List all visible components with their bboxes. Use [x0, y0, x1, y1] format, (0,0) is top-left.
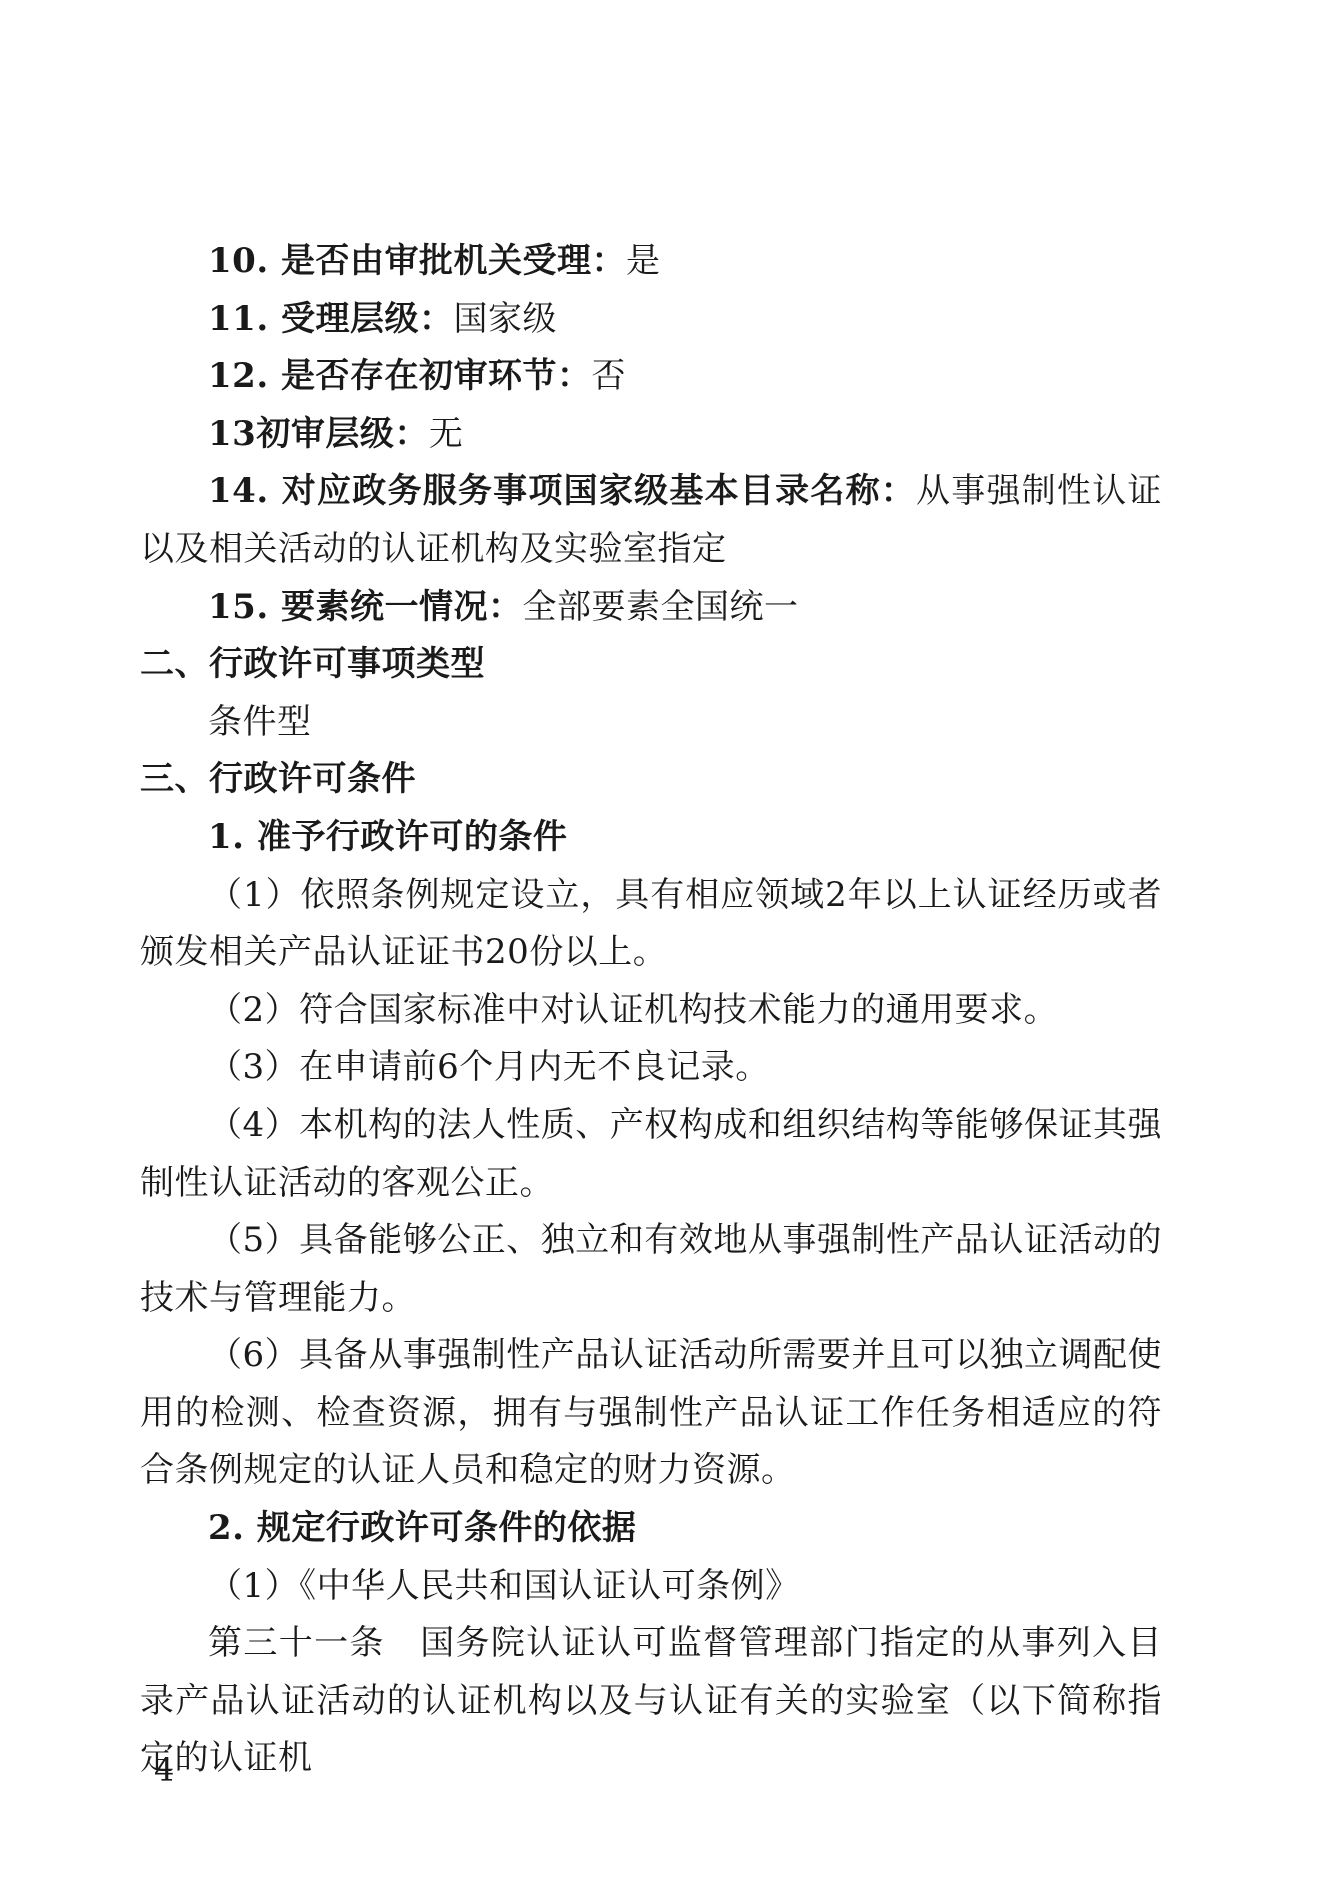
field-item: 14. 对应政务服务事项国家级基本目录名称：从事强制性认证以及相关活动的认证机构…: [140, 463, 1162, 578]
subsection-heading: 2. 规定行政许可条件的依据: [140, 1500, 1162, 1558]
subsection-heading-text: 2. 规定行政许可条件的依据: [208, 1508, 636, 1548]
section-heading: 二、行政许可事项类型: [140, 636, 1162, 694]
body-paragraph: （5）具备能够公正、独立和有效地从事强制性产品认证活动的技术与管理能力。: [140, 1212, 1162, 1327]
field-label: 12. 是否存在初审环节：: [208, 356, 592, 396]
section-heading-text: 三、行政许可条件: [140, 759, 416, 799]
field-label: 13初审层级：: [208, 414, 429, 454]
field-item: 10. 是否由审批机关受理：是: [140, 233, 1162, 291]
document-body: 10. 是否由审批机关受理：是 11. 受理层级：国家级 12. 是否存在初审环…: [140, 233, 1162, 1788]
body-text: （5）具备能够公正、独立和有效地从事强制性产品认证活动的技术与管理能力。: [140, 1220, 1162, 1318]
body-text: 第三十一条 国务院认证认可监督管理部门指定的从事列入目录产品认证活动的认证机构以…: [140, 1623, 1162, 1778]
body-paragraph: （2）符合国家标准中对认证机构技术能力的通用要求。: [140, 982, 1162, 1040]
field-item: 11. 受理层级：国家级: [140, 291, 1162, 349]
body-text: 条件型: [208, 702, 312, 742]
body-paragraph: （3）在申请前6个月内无不良记录。: [140, 1039, 1162, 1097]
document-page: 10. 是否由审批机关受理：是 11. 受理层级：国家级 12. 是否存在初审环…: [0, 0, 1339, 1890]
body-paragraph: （6）具备从事强制性产品认证活动所需要并且可以独立调配使用的检测、检查资源，拥有…: [140, 1327, 1162, 1500]
body-text: （2）符合国家标准中对认证机构技术能力的通用要求。: [208, 990, 1058, 1030]
field-value: 是: [626, 241, 661, 281]
subsection-heading-text: 1. 准予行政许可的条件: [208, 817, 567, 857]
section-heading: 三、行政许可条件: [140, 751, 1162, 809]
field-item: 15. 要素统一情况：全部要素全国统一: [140, 579, 1162, 637]
body-paragraph: （1）《中华人民共和国认证认可条例》: [140, 1558, 1162, 1616]
body-text: （1）《中华人民共和国认证认可条例》: [208, 1566, 800, 1606]
body-paragraph: 条件型: [140, 694, 1162, 752]
field-value: 国家级: [454, 299, 558, 339]
page-number: 4: [154, 1746, 174, 1794]
field-item: 12. 是否存在初审环节：否: [140, 348, 1162, 406]
section-heading-text: 二、行政许可事项类型: [140, 644, 485, 684]
body-text: （6）具备从事强制性产品认证活动所需要并且可以独立调配使用的检测、检查资源，拥有…: [140, 1335, 1162, 1490]
body-paragraph: （1）依照条例规定设立，具有相应领域2年以上认证经历或者颁发相关产品认证证书20…: [140, 867, 1162, 982]
body-text: （1）依照条例规定设立，具有相应领域2年以上认证经历或者颁发相关产品认证证书20…: [140, 875, 1162, 973]
field-label: 10. 是否由审批机关受理：: [208, 241, 626, 281]
field-label: 15. 要素统一情况：: [208, 587, 523, 627]
body-paragraph: 第三十一条 国务院认证认可监督管理部门指定的从事列入目录产品认证活动的认证机构以…: [140, 1615, 1162, 1788]
field-item: 13初审层级：无: [140, 406, 1162, 464]
body-text: （3）在申请前6个月内无不良记录。: [208, 1047, 770, 1087]
field-label: 11. 受理层级：: [208, 299, 454, 339]
field-label: 14. 对应政务服务事项国家级基本目录名称：: [208, 471, 916, 511]
field-value: 否: [592, 356, 627, 396]
field-value: 无: [429, 414, 464, 454]
body-text: （4）本机构的法人性质、产权构成和组织结构等能够保证其强制性认证活动的客观公正。: [140, 1105, 1162, 1203]
body-paragraph: （4）本机构的法人性质、产权构成和组织结构等能够保证其强制性认证活动的客观公正。: [140, 1097, 1162, 1212]
field-value: 全部要素全国统一: [523, 587, 799, 627]
subsection-heading: 1. 准予行政许可的条件: [140, 809, 1162, 867]
